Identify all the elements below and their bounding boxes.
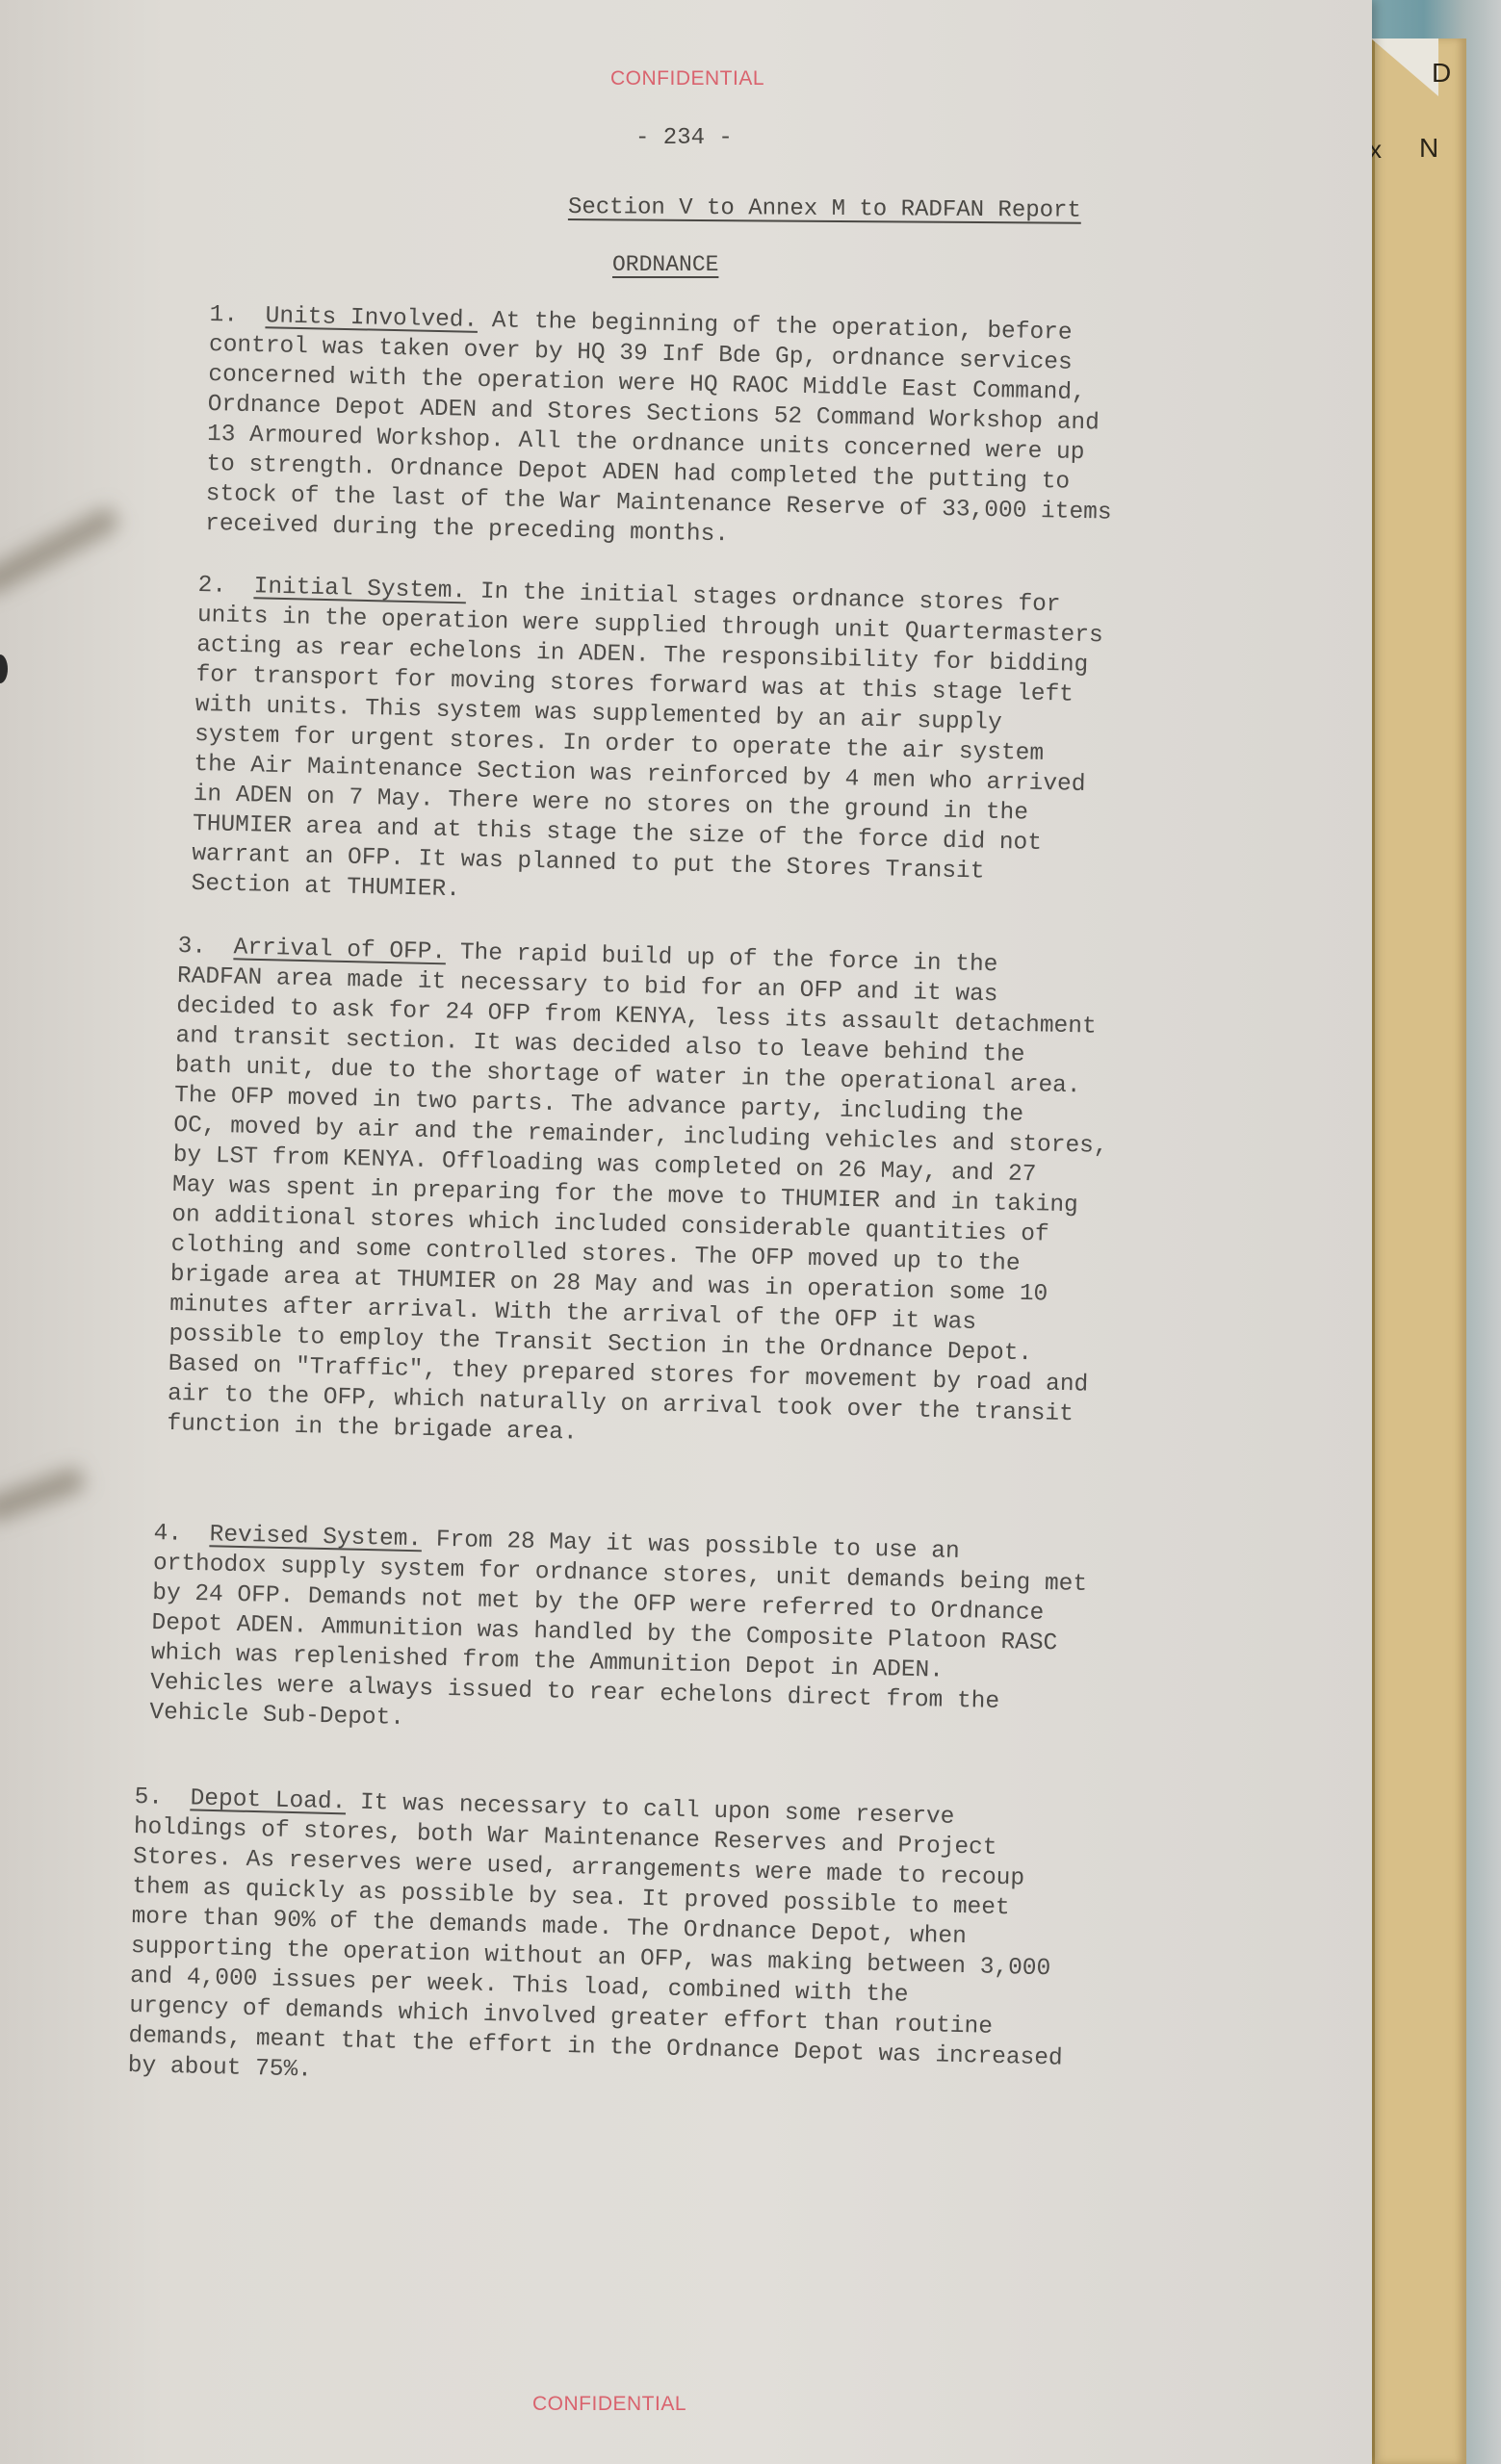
paragraph-number: 4. (153, 1519, 210, 1550)
document-page: CONFIDENTIAL - 234 - Section V to Annex … (0, 0, 1372, 2464)
shadow-streak (0, 1465, 88, 1525)
paragraph-initial-system: 2.Initial System. In the initial stages … (191, 571, 1256, 923)
classification-stamp-top: CONFIDENTIAL (610, 67, 764, 90)
paragraph-number: 5. (134, 1783, 191, 1813)
paragraph-text: In the initial stages ordnance stores fo… (191, 578, 1103, 903)
folder-divider-tab (1367, 38, 1466, 2464)
paragraph-heading: Depot Load. (190, 1785, 346, 1815)
folder-tab-letter-n: N (1419, 133, 1438, 164)
paragraph-number: 2. (197, 571, 254, 602)
paragraph-revised-system: 4.Revised System. From 28 May it was pos… (149, 1519, 1213, 1752)
paragraph-depot-load: 5.Depot Load. It was necessary to call u… (127, 1783, 1193, 2107)
paragraph-arrival-of-ofp: 3.Arrival of OFP. The rapid build up of … (167, 932, 1237, 1463)
paragraph-text: The rapid build up of the force in the R… (167, 939, 1108, 1446)
subject-title: ORDNANCE (612, 252, 718, 277)
paragraph-number: 1. (209, 300, 266, 331)
paragraph-heading: Arrival of OFP. (233, 935, 446, 965)
paragraph-text: It was necessary to call upon some reser… (127, 1789, 1062, 2083)
paragraph-units-involved: 1.Units Involved. At the beginning of th… (205, 300, 1269, 561)
shadow-streak (0, 504, 122, 599)
paragraph-heading: Initial System. (253, 574, 466, 604)
section-title: Section V to Annex M to RADFAN Report (568, 194, 1081, 224)
binder-hole (0, 654, 8, 683)
page-number: - 234 - (635, 125, 733, 151)
paragraph-text: At the beginning of the operation, befor… (205, 308, 1112, 549)
paragraph-text: From 28 May it was possible to use an or… (149, 1527, 1087, 1732)
classification-stamp-bottom: CONFIDENTIAL (532, 2393, 686, 2416)
paragraph-number: 3. (177, 932, 234, 962)
paragraph-heading: Units Involved. (265, 303, 478, 334)
folder-tab-letter-partial: D (1432, 58, 1451, 89)
paragraph-heading: Revised System. (209, 1522, 422, 1553)
